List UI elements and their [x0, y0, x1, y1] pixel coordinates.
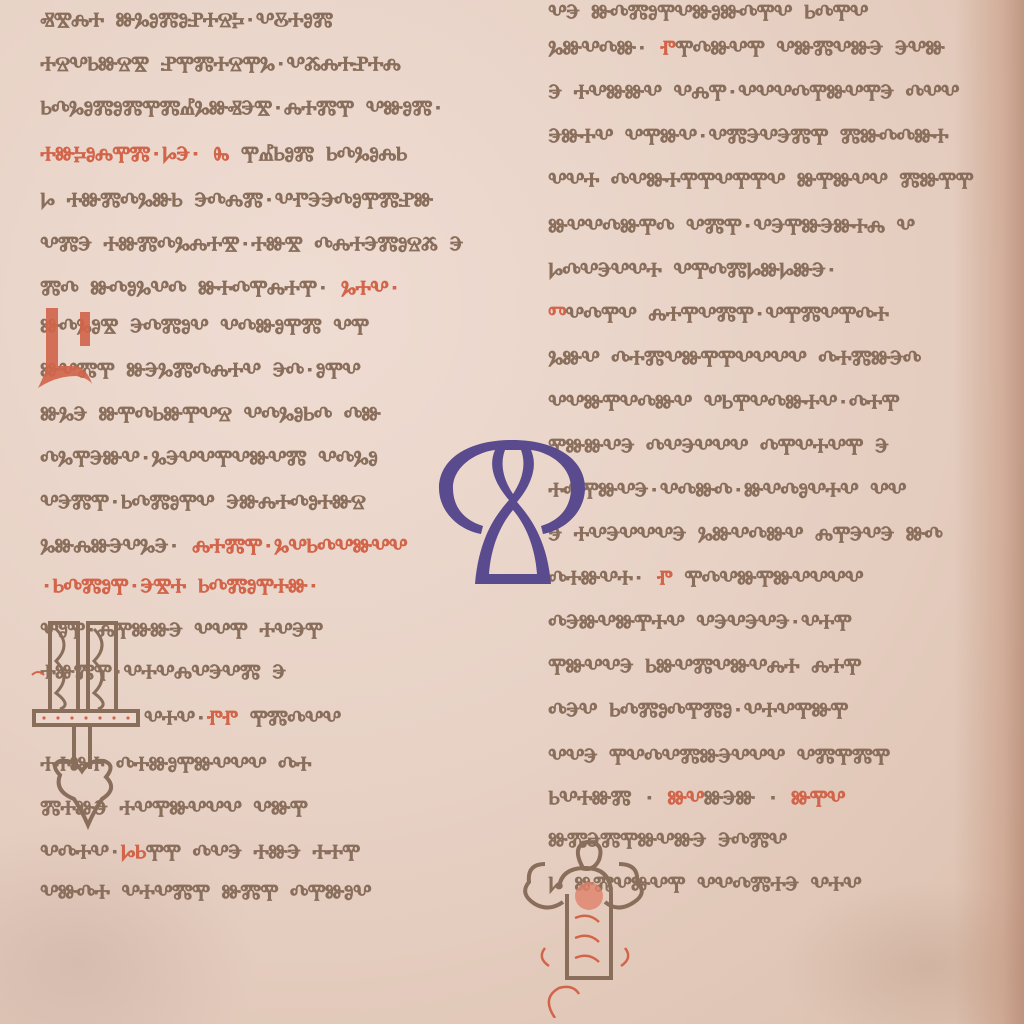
- manuscript-line: ⰄⰃⰉⰅⰖⰂ·ⰃⰅⰂⰂⰉⰂⰖⰂⰏ ⰂⰄⰃⰑ: [40, 447, 377, 470]
- decorated-initial-floral: [515, 838, 665, 1018]
- ink-text: ⰏⰄ ⰖⰄⰑⰃⰂⰄ ⰖⰀⰄⰉⰎⰀⰉ·: [40, 277, 329, 300]
- rubric-text: ⰀⰖⰍⰑⰎⰉⰏ·ⰘⰅ·: [40, 143, 201, 166]
- manuscript-line: ⰉⰖⰂⰂⰅ ⰓⰖⰂⰏⰂⰖⰂⰎⰀ ⰎⰀⰉ: [548, 655, 861, 678]
- ink-text: ⰅⰖⰀⰂ ⰂⰉⰖⰂ·ⰂⰏⰅⰂⰅⰏⰉ ⰏⰖⰄⰄⰖⰀ: [548, 125, 948, 148]
- manuscript-line: ⰏⰄ ⰖⰄⰑⰃⰂⰄ ⰖⰀⰄⰉⰎⰀⰉ· ⰃⰀⰂ·: [40, 277, 400, 300]
- manuscript-line: ·ⰓⰄⰏⰑⰉ·ⰅⰊⰀ ⰓⰄⰏⰑⰉⰀⰖ·: [40, 575, 319, 598]
- manuscript-line: ⰟⰊⰎⰀ ⰖⰃⰑⰏⰑⰐⰀⰔⰍ·ⰂⰋⰀⰑⰏ: [40, 9, 332, 32]
- manuscript-line: ⰕⰂⰄⰉⰂ ⰎⰀⰉⰂⰏⰉ·ⰂⰉⰏⰂⰉⰄⰀ: [548, 303, 888, 326]
- ink-text: ⰓⰂⰀⰖⰏ ·: [548, 787, 655, 810]
- manuscript-line: ⰖⰂⰂⰄⰖⰉⰄ ⰂⰏⰉ·ⰂⰅⰉⰖⰅⰖⰀⰎ Ⰲ: [548, 215, 914, 238]
- ink-text: ⰂⰄⰉⰂ ⰎⰀⰉⰂⰏⰉ·ⰂⰉⰏⰂⰉⰄⰀ: [565, 303, 888, 326]
- ink-text: ⰉⰄⰂⰖⰉⰖⰂⰂⰂⰂ: [672, 567, 863, 590]
- ink-text: ⰀⰄⰉⰖⰂⰅ·ⰂⰄⰖⰄ·ⰖⰂⰄⰑⰂⰀⰂ ⰂⰂ: [548, 479, 905, 502]
- ink-text: ⰖⰂⰂⰄⰖⰉⰄ ⰂⰏⰉ·ⰂⰅⰉⰖⰅⰖⰀⰎ Ⰲ: [548, 215, 914, 238]
- purple-ligature-logo-icon: [437, 438, 587, 584]
- manuscript-line: ⰂⰂⰖⰉⰂⰄⰖⰂ ⰂⰓⰉⰂⰄⰖⰀⰂ·ⰄⰀⰉ: [548, 391, 899, 414]
- ink-text: ⰘⰄⰂⰅⰂⰂⰀ ⰂⰉⰄⰏⰘⰖⰘⰖⰅ·: [548, 259, 837, 282]
- manuscript-line: ⰂⰂⰅ ⰉⰂⰄⰂⰏⰖⰅⰂⰂⰂ ⰂⰏⰉⰏⰉ: [548, 745, 889, 768]
- ink-text: ⰉⰏⰄⰂⰂ: [237, 707, 340, 730]
- manuscript-line: ⰄⰅⰂ ⰓⰄⰏⰑⰄⰉⰏⰑ·ⰂⰀⰂⰉⰖⰉ: [548, 699, 847, 722]
- manuscript-line: ⰓⰄⰃⰑⰏⰑⰏⰉⰏⰌⰃⰖⰟⰅⰊ·ⰎⰀⰏⰉ ⰂⰖⰑⰏ·: [40, 97, 444, 120]
- ink-text: ⰀⰔⰂⰓⰖⰔⰊ ⰐⰉⰏⰀⰔⰉⰃ·ⰂⰆⰎⰀⰐⰀⰎ: [40, 53, 400, 76]
- rubric-text: Ⱅ: [548, 303, 565, 326]
- ink-text: ⰂⰂⰖⰉⰂⰄⰖⰂ ⰂⰓⰉⰂⰄⰖⰀⰂ·ⰄⰀⰉ: [548, 391, 899, 414]
- manuscript-line: ⰄⰀⰖⰂⰀ· Ⱂ ⰉⰄⰂⰖⰉⰖⰂⰂⰂⰂ: [548, 567, 863, 590]
- ink-text: ⰂⰅ ⰖⰄⰏⰑⰉⰂⰖⰑⰖⰄⰉⰂ ⰓⰄⰉⰂ: [548, 1, 868, 24]
- rubric-text: ·ⰓⰄⰏⰑⰉ·ⰅⰊⰀ ⰓⰄⰏⰑⰉⰀⰖ·: [40, 575, 319, 598]
- ink-text: ⰃⰖⰂⰄⰖ·: [548, 37, 647, 60]
- red-initial-letter: [36, 300, 96, 390]
- ink-text: Ⱈ ⰀⰖⰏⰄⰃⰖⰓ ⰅⰄⰎⰏ·ⰂⰒⰅⰅⰄⰑⰉⰏⰐⰖ: [40, 189, 432, 212]
- manuscript-line: ⰘⰄⰂⰅⰂⰂⰀ ⰂⰉⰄⰏⰘⰖⰘⰖⰅ·: [548, 259, 837, 282]
- ink-text: ⰉⰖⰖⰂⰅ ⰄⰂⰅⰂⰂⰂ ⰄⰉⰂⰀⰂⰉ Ⰵ: [548, 435, 888, 458]
- manuscript-line: Ⰵ ⰀⰂⰅⰂⰂⰂⰅ ⰃⰖⰂⰄⰖⰂ ⰎⰉⰅⰂⰅ ⰖⰄ: [548, 523, 942, 546]
- manuscript-line: ⰀⰔⰂⰓⰖⰔⰊ ⰐⰉⰏⰀⰔⰉⰃ·ⰂⰆⰎⰀⰐⰀⰎ: [40, 53, 400, 76]
- ink-text: ⰂⰂⰀ ⰄⰂⰖⰀⰉⰉⰂⰉⰉⰂ ⰖⰉⰖⰂⰂ ⰏⰖⰉⰉ: [548, 169, 973, 192]
- ink-text: ⰉⰄⰖⰂⰉ ⰂⰖⰏⰂⰖⰅ ⰅⰂⰖ: [675, 37, 944, 60]
- ink-text: ⰂⰂⰅ ⰉⰂⰄⰂⰏⰖⰅⰂⰂⰂ ⰂⰏⰉⰏⰉ: [548, 745, 889, 768]
- manuscript-line: ⰓⰂⰀⰖⰏ · ⰖⰂⰖⰅⰖ · ⰖⰉⰂ: [548, 787, 845, 810]
- manuscript-line: ⰃⰖⰎⰖⰅⰂⰃⰅ· ⰎⰀⰏⰉ·ⰃⰂⰓⰄⰂⰖⰂⰂ: [40, 535, 407, 558]
- manuscript-line: ⰃⰖⰂ ⰄⰀⰏⰂⰖⰉⰉⰂⰂⰂⰂ ⰄⰀⰏⰖⰅⰄ: [548, 347, 920, 370]
- rubric-text: ⰖⰉⰂ: [779, 787, 845, 810]
- rubric-text: Ⰸ: [201, 143, 228, 166]
- manuscript-line: ⰂⰅ ⰖⰄⰏⰑⰉⰂⰖⰑⰖⰄⰉⰂ ⰓⰄⰉⰂ: [548, 1, 868, 24]
- manuscript-line: ⰂⰖⰄⰀ ⰂⰀⰂⰏⰉ ⰖⰏⰉ ⰄⰉⰖⰑⰂ: [40, 881, 371, 904]
- manuscript-line: Ⱈ ⰀⰖⰏⰄⰃⰖⰓ ⰅⰄⰎⰏ·ⰂⰒⰅⰅⰄⰑⰉⰏⰐⰖ: [40, 189, 432, 212]
- ink-text: ⰄⰅⰂ ⰓⰄⰏⰑⰄⰉⰏⰑ·ⰂⰀⰂⰉⰖⰉ: [548, 699, 847, 722]
- page-edge-shadow: [954, 0, 1024, 1024]
- manuscript-line: ⰀⰄⰉⰖⰂⰅ·ⰂⰄⰖⰄ·ⰖⰂⰄⰑⰂⰀⰂ ⰂⰂ: [548, 479, 905, 502]
- rubric-text: ⰒⰒ: [206, 707, 237, 730]
- ink-text: ⰃⰖⰂ ⰄⰀⰏⰂⰖⰉⰉⰂⰂⰂⰂ ⰄⰀⰏⰖⰅⰄ: [548, 347, 920, 370]
- ink-text: ⰖⰅⰖ ·: [704, 787, 779, 810]
- rubric-text: Ⱂ: [647, 37, 675, 60]
- manuscript-line: ⰀⰖⰍⰑⰎⰉⰏ·ⰘⰅ· Ⰸ ⰉⰌⰓⰑⰏ ⰓⰄⰃⰑⰎⰓ: [40, 143, 406, 166]
- ink-text: Ⰵ ⰀⰂⰅⰂⰂⰂⰅ ⰃⰖⰂⰄⰖⰂ ⰎⰉⰅⰂⰅ ⰖⰄ: [548, 523, 942, 546]
- ink-text: ⰂⰅⰏⰉ·ⰓⰄⰏⰑⰉⰂ ⰅⰖⰎⰀⰄⰑⰀⰖⰔ: [40, 491, 365, 514]
- rubric-text: ⰖⰂ: [655, 787, 704, 810]
- rubric-text: Ⱂ: [644, 567, 672, 590]
- manuscript-line: ⰖⰃⰅ ⰖⰉⰄⰓⰖⰉⰂⰔ ⰂⰄⰃⰑⰓⰄ ⰄⰖ: [40, 403, 380, 426]
- ink-text: ⰂⰏⰅ ⰀⰖⰏⰄⰃⰎⰀⰊ·ⰀⰖⰊ ⰄⰎⰀⰅⰏⰑⰔⰆ Ⰵ: [40, 233, 462, 256]
- manuscript-line: ⰂⰂⰀ ⰄⰂⰖⰀⰉⰉⰂⰉⰉⰂ ⰖⰉⰖⰂⰂ ⰏⰖⰉⰉ: [548, 169, 973, 192]
- manuscript-line: ⰅⰖⰀⰂ ⰂⰉⰖⰂ·ⰂⰏⰅⰂⰅⰏⰉ ⰏⰖⰄⰄⰖⰀ: [548, 125, 948, 148]
- ink-text: ⰉⰉ ⰄⰂⰅ ⰀⰖⰅ ⰀⰀⰉ: [145, 841, 359, 864]
- manuscript-line: ⰉⰖⰖⰂⰅ ⰄⰂⰅⰂⰂⰂ ⰄⰉⰂⰀⰂⰉ Ⰵ: [548, 435, 888, 458]
- ink-text: ⰉⰌⰓⰑⰏ ⰓⰄⰃⰑⰎⰓ: [229, 143, 407, 166]
- rubric-text: ⰃⰀⰂ·: [329, 277, 401, 300]
- decorated-initial-pillar: [30, 615, 150, 845]
- ink-text: Ⰵ ⰀⰂⰖⰖⰂ ⰂⰎⰉ·ⰂⰂⰂⰄⰉⰖⰂⰉⰅ ⰄⰂⰂ: [548, 81, 959, 104]
- ink-text: ⰉⰖⰂⰂⰅ ⰓⰖⰂⰏⰂⰖⰂⰎⰀ ⰎⰀⰉ: [548, 655, 861, 678]
- ink-text: ⰄⰃⰉⰅⰖⰂ·ⰃⰅⰂⰂⰉⰂⰖⰂⰏ ⰂⰄⰃⰑ: [40, 447, 377, 470]
- ink-text: ⰄⰅⰖⰂⰖⰉⰀⰂ ⰂⰅⰂⰅⰂⰅ·ⰂⰀⰉ: [548, 611, 851, 634]
- manuscript-line: ⰂⰅⰏⰉ·ⰓⰄⰏⰑⰉⰂ ⰅⰖⰎⰀⰄⰑⰀⰖⰔ: [40, 491, 365, 514]
- manuscript-line: Ⰵ ⰀⰂⰖⰖⰂ ⰂⰎⰉ·ⰂⰂⰂⰄⰉⰖⰂⰉⰅ ⰄⰂⰂ: [548, 81, 959, 104]
- ink-text: ⰓⰄⰃⰑⰏⰑⰏⰉⰏⰌⰃⰖⰟⰅⰊ·ⰎⰀⰏⰉ ⰂⰖⰑⰏ·: [40, 97, 444, 120]
- manuscript-line: ⰃⰖⰂⰄⰖ· ⰒⰉⰄⰖⰂⰉ ⰂⰖⰏⰂⰖⰅ ⰅⰂⰖ: [548, 37, 944, 60]
- manuscript-line: ⰄⰅⰖⰂⰖⰉⰀⰂ ⰂⰅⰂⰅⰂⰅ·ⰂⰀⰉ: [548, 611, 851, 634]
- ink-text: ⰖⰃⰅ ⰖⰉⰄⰓⰖⰉⰂⰔ ⰂⰄⰃⰑⰓⰄ ⰄⰖ: [40, 403, 380, 426]
- manuscript-line: ⰂⰏⰅ ⰀⰖⰏⰄⰃⰎⰀⰊ·ⰀⰖⰊ ⰄⰎⰀⰅⰏⰑⰔⰆ Ⰵ: [40, 233, 462, 256]
- rubric-text: ⰎⰀⰏⰉ·ⰃⰂⰓⰄⰂⰖⰂⰂ: [180, 535, 407, 558]
- ink-text: ⰟⰊⰎⰀ ⰖⰃⰑⰏⰑⰐⰀⰔⰍ·ⰂⰋⰀⰑⰏ: [40, 9, 332, 32]
- ink-text: ⰂⰖⰄⰀ ⰂⰀⰂⰏⰉ ⰖⰏⰉ ⰄⰉⰖⰑⰂ: [40, 881, 371, 904]
- ink-text: ⰃⰖⰎⰖⰅⰂⰃⰅ·: [40, 535, 180, 558]
